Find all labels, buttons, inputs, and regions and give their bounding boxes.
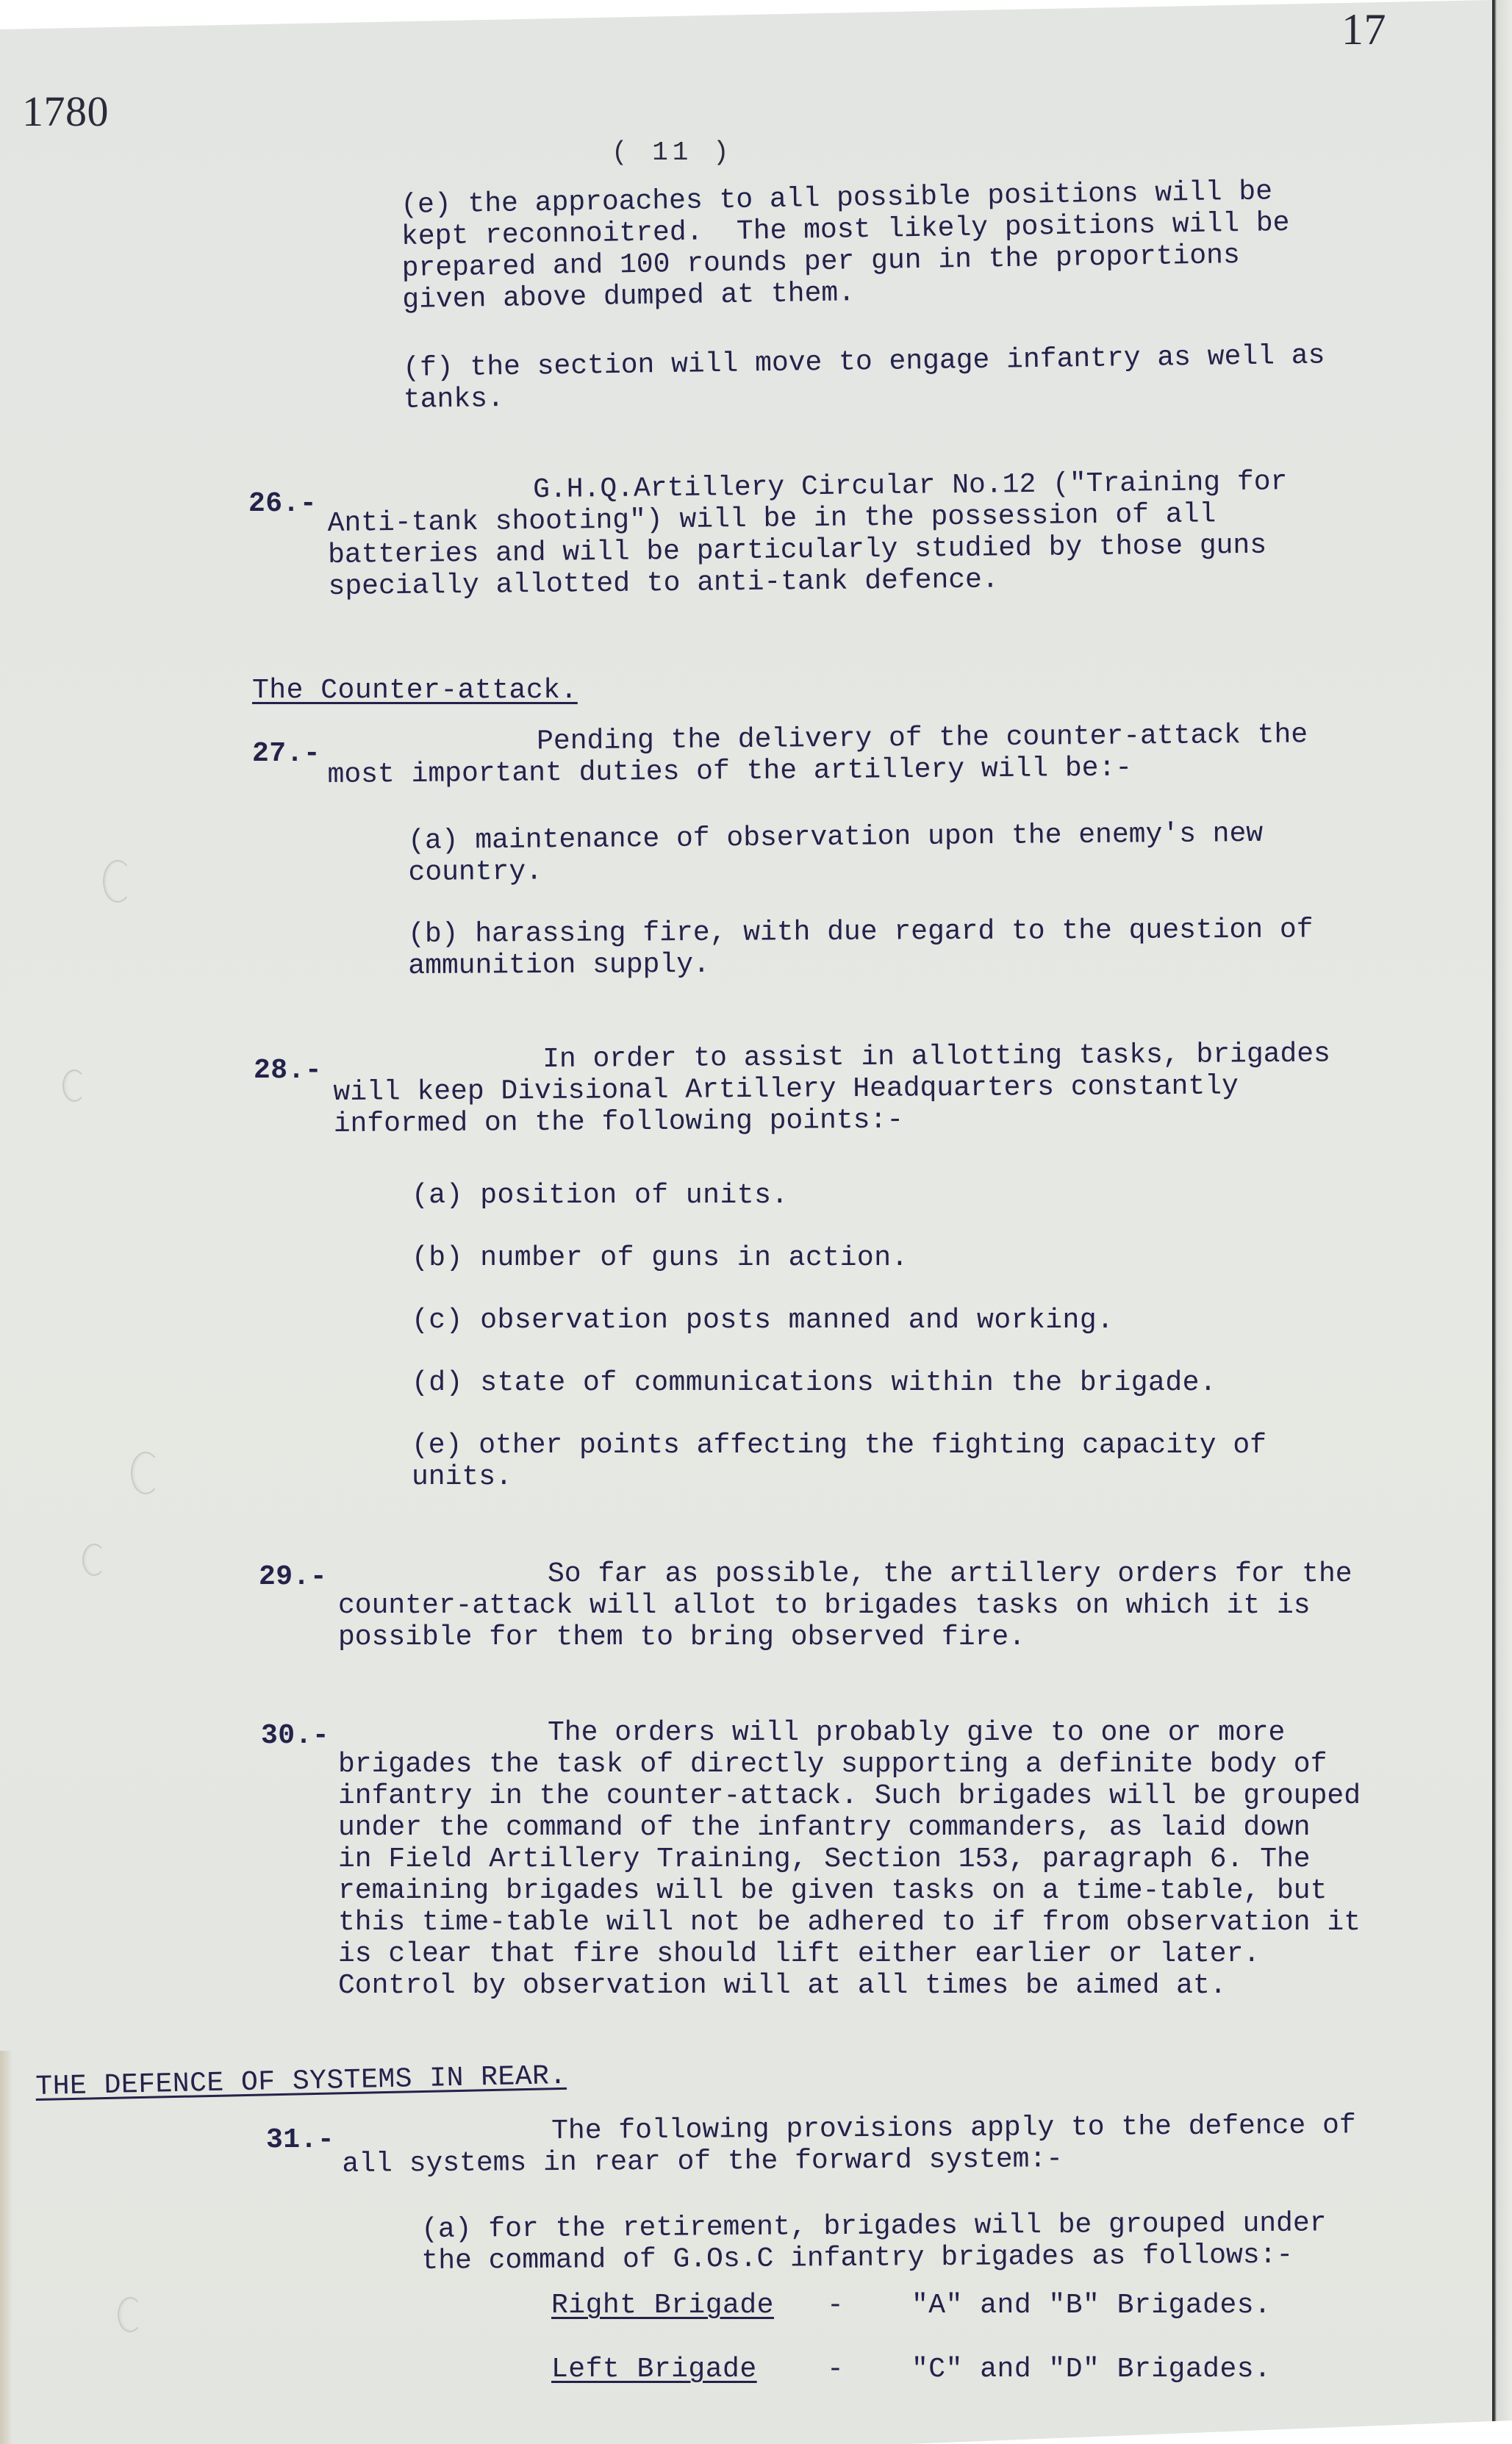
text-line: units.	[412, 1461, 1266, 1493]
paragraph-26: G.H.Q.Artillery Circular No.12 ("Trainin…	[327, 466, 1289, 603]
punch-hole-icon	[82, 1544, 106, 1576]
grouping-value-right: "A" and "B" Brigades.	[911, 2290, 1271, 2322]
punch-hole-icon	[103, 860, 132, 903]
paragraph-number-28: 28.-	[254, 1055, 322, 1087]
text-line: Control by observation will at all times…	[338, 1970, 1361, 2002]
item-e: (e) the approaches to all possible posit…	[401, 176, 1291, 316]
page-binding-edge	[1492, 0, 1512, 2444]
text-line: this time-table will not be adhered to i…	[338, 1907, 1361, 1938]
grouping-dash: -	[827, 2354, 844, 2386]
text-line: remaining brigades will be given tasks o…	[338, 1875, 1361, 1907]
text-line: ammunition supply.	[408, 946, 1314, 982]
paragraph-27-item-b: (b) harassing fire, with due regard to t…	[408, 914, 1314, 982]
paragraph-31: The following provisions apply to the de…	[342, 2110, 1356, 2180]
page-left-edge	[0, 2051, 12, 2444]
grouping-label-right: Right Brigade	[551, 2290, 774, 2322]
punch-hole-icon	[118, 2297, 143, 2332]
grouping-value-left: "C" and "D" Brigades.	[911, 2354, 1271, 2386]
page-mark: ( 11 )	[612, 137, 734, 169]
paragraph-27: Pending the delivery of the counter-atta…	[327, 719, 1308, 791]
paragraph-number-27: 27.-	[252, 738, 320, 770]
item-f: (f) the section will move to engage infa…	[403, 340, 1325, 416]
paragraph-28-item-b: (b) number of guns in action.	[412, 1242, 909, 1275]
paragraph-number-29: 29.-	[259, 1561, 327, 1594]
folio-number: 17	[1341, 13, 1386, 46]
punch-hole-icon	[131, 1452, 160, 1494]
paragraph-27-item-a: (a) maintenance of observation upon the …	[408, 818, 1264, 889]
text-line: infantry in the counter-attack. Such bri…	[338, 1780, 1361, 1812]
text-line: under the command of the infantry comman…	[338, 1812, 1361, 1843]
stamp-number: 1780	[22, 96, 109, 128]
text-line: (b) harassing fire, with due regard to t…	[408, 914, 1314, 950]
text-line: is clear that fire should lift either ea…	[338, 1938, 1361, 1970]
paragraph-29: So far as possible, the artillery orders…	[338, 1558, 1352, 1653]
paragraph-28-item-d: (d) state of communications within the b…	[412, 1367, 1217, 1400]
paragraph-28-item-e: (e) other points affecting the fighting …	[412, 1430, 1266, 1493]
section-heading-counter-attack: The Counter-attack.	[252, 675, 578, 707]
text-line: possible for them to bring observed fire…	[338, 1621, 1352, 1653]
paragraph-number-30: 30.-	[261, 1720, 329, 1752]
text-line: in Field Artillery Training, Section 153…	[338, 1843, 1361, 1875]
paragraph-number-26: 26.-	[248, 488, 317, 520]
text-line: the command of G.Os.C infantry brigades …	[421, 2239, 1327, 2277]
text-line: So far as possible, the artillery orders…	[338, 1558, 1352, 1590]
paragraph-30: The orders will probably give to one or …	[338, 1717, 1361, 2002]
paragraph-28: In order to assist in allotting tasks, b…	[333, 1039, 1331, 1140]
grouping-label-left: Left Brigade	[551, 2354, 757, 2386]
text-line: (e) other points affecting the fighting …	[412, 1430, 1266, 1461]
text-line: The orders will probably give to one or …	[338, 1717, 1361, 1749]
paragraph-number-31: 31.-	[266, 2124, 334, 2157]
paragraph-28-item-a: (a) position of units.	[412, 1180, 789, 1212]
text-line: counter-attack will allot to brigades ta…	[338, 1590, 1352, 1621]
grouping-dash: -	[827, 2290, 844, 2322]
punch-hole-icon	[62, 1069, 86, 1102]
paragraph-31-item-a: (a) for the retirement, brigades will be…	[421, 2207, 1327, 2277]
text-line: brigades the task of directly supporting…	[338, 1749, 1361, 1780]
paragraph-28-item-c: (c) observation posts manned and working…	[412, 1305, 1114, 1337]
